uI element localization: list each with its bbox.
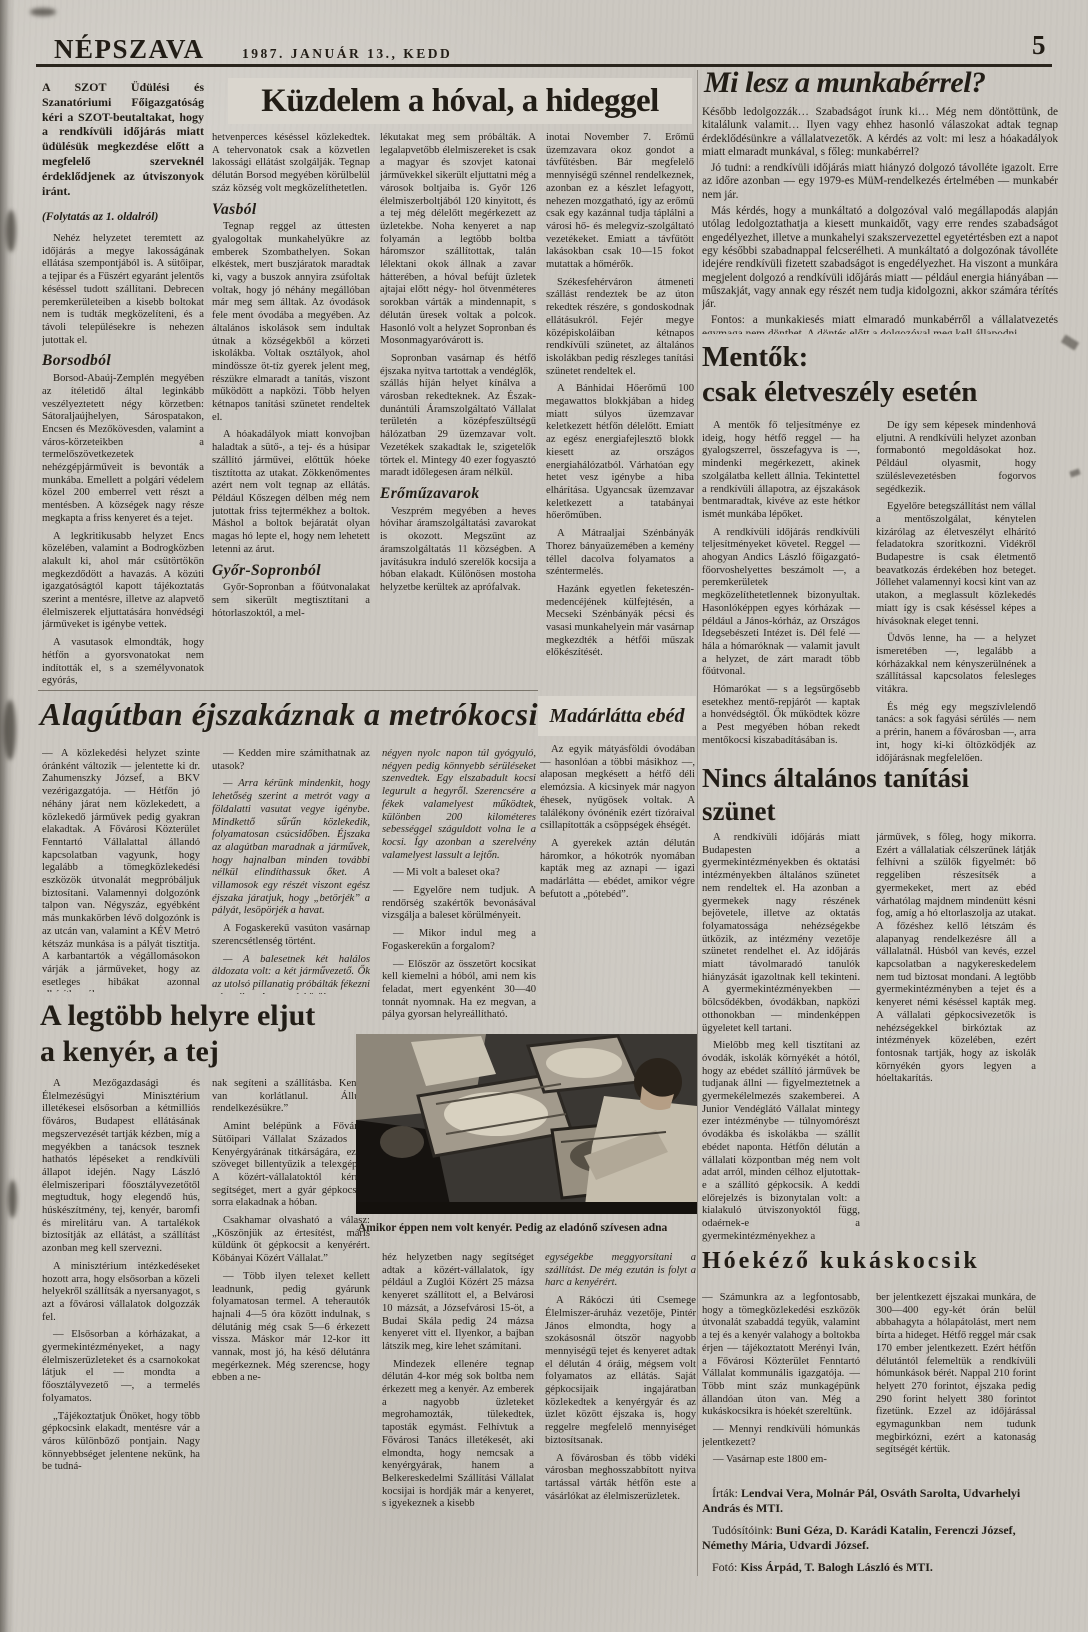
- credits-block: Írták: Lendvai Vera, Molnár Pál, Osváth …: [702, 1486, 1058, 1583]
- body-paragraph: hetvenperces késéssel közlekedtek. A teh…: [212, 132, 370, 196]
- body-paragraph: A hóakadályok miatt konvojban haladtak a…: [212, 429, 370, 556]
- body-paragraph: — Mi volt a baleset oka?: [382, 867, 536, 880]
- body-paragraph: Később ledolgozzák… Szabadságot írunk ki…: [702, 106, 1058, 159]
- body-paragraph: Székesfehérváron átmeneti szállást rende…: [546, 277, 694, 379]
- credits-authors: Írták: Lendvai Vera, Molnár Pál, Osváth …: [702, 1486, 1058, 1515]
- body-paragraph: — A balesetnek két halálos áldozata volt…: [212, 954, 370, 994]
- bread-photo: [356, 1034, 697, 1214]
- credits-authors-label: Írták:: [712, 1486, 738, 1500]
- body-paragraph: Fontos: a munkakiesés miatt elmaradó mun…: [702, 314, 1058, 334]
- body-paragraph: — Kedden mire számíthatnak az utasok?: [212, 748, 370, 773]
- column-folytatas: A SZOT Üdülési és Szanatóriumi Főigazgat…: [42, 80, 204, 692]
- body-paragraph: Amint belépünk a Fővárosi Sütőipari Váll…: [212, 1121, 370, 1210]
- subhead-eromuzavarok: Erőműzavarok: [380, 488, 536, 501]
- body-paragraph: héz helyzetben nagy segítséget adtak a k…: [382, 1252, 534, 1354]
- headline-kuzdelem: Küzdelem a hóval, a hideggel: [228, 78, 692, 124]
- madarlatta-body: Az egyik mátyásföldi óvodában — hasonlóa…: [540, 744, 695, 1030]
- headline-tanitas-line2: szünet: [702, 795, 1058, 828]
- kuzdelem-column-2: hetvenperces késéssel közlekedtek. A teh…: [212, 132, 370, 692]
- body-paragraph: A Bánhidai Hőerőmű 100 megawattos blokkj…: [546, 383, 694, 523]
- body-paragraph: ber jelentkezett éjszakai munkára, de 30…: [876, 1292, 1036, 1457]
- headline-mentok: Mentők: csak életveszély esetén: [702, 340, 1058, 410]
- ink-mark: [1061, 334, 1079, 350]
- body-paragraph: — A közlekedési helyzet szinte óránként …: [42, 748, 200, 992]
- body-paragraph: A Fogaskerekű vasúton vasárnap szerencsé…: [212, 923, 370, 948]
- body-paragraph: A legkritikusabb helyzet Encs közelében,…: [42, 531, 204, 633]
- credits-photo-names: Kiss Árpád, T. Balogh László és MTI.: [740, 1560, 933, 1574]
- scan-smudge: [6, 210, 16, 252]
- headline-mentok-line2: csak életveszély esetén: [702, 375, 1058, 410]
- body-paragraph: És még egy megszívlelendő tanács: a sok …: [876, 702, 1036, 764]
- body-paragraph: A mentők fő teljesítménye ez ideig, hogy…: [702, 420, 860, 522]
- body-paragraph: Egyelőre betegszállítást nem vállal a me…: [876, 501, 1036, 628]
- credits-photo: Fotó: Kiss Árpád, T. Balogh László és MT…: [702, 1560, 1058, 1575]
- headline-kenyer-line1: A legtöbb helyre eljut: [40, 998, 380, 1034]
- headline-kenyer: A legtöbb helyre eljut a kenyér, a tej: [40, 998, 380, 1070]
- hoekezo-column-1: — Számunkra az a legfontosabb, hogy a tö…: [702, 1292, 860, 1472]
- subhead-vasbol: Vasból: [212, 204, 370, 217]
- body-paragraph: Csakhamar olvasható a válasz: „Köszönjük…: [212, 1215, 370, 1266]
- alagut-column-3: négyen nyolc napon túl gyógyuló, négyen …: [382, 748, 536, 1028]
- body-paragraph: „Tájékoztatjuk Önöket, hogy több gépkocs…: [42, 1411, 200, 1475]
- body-paragraph: — Először az összetört kocsikat kell kie…: [382, 959, 536, 1023]
- photo-caption: Amikor éppen nem volt kenyér. Pedig az e…: [358, 1221, 696, 1235]
- body-paragraph: Hómarókat — s a legsürgősebb esetekhez m…: [702, 684, 860, 748]
- body-paragraph: Veszprém megyében a heves hóvihar áramsz…: [380, 506, 536, 595]
- body-paragraph: A rendkívüli időjárás miatt Budapesten a…: [702, 832, 860, 1035]
- body-paragraph: Más kérdés, hogy a munkáltató a dolgozóv…: [702, 205, 1058, 311]
- continued-from-label: (Folytatás az 1. oldalról): [42, 211, 204, 224]
- body-paragraph: A vasutasok elmondták, hogy hétfőn a gyo…: [42, 637, 204, 688]
- szot-notice: A SZOT Üdülési és Szanatóriumi Főigazgat…: [42, 80, 204, 198]
- body-paragraph: A minisztérium intézkedéseket hozott arr…: [42, 1261, 200, 1325]
- kuzdelem-column-4: inotai November 7. Erőmű üzemzavara okoz…: [546, 132, 694, 692]
- body-paragraph: lékutakat meg sem próbálták. A legalapve…: [380, 132, 536, 348]
- section-rule: [38, 690, 538, 691]
- scan-smudge: [8, 1180, 17, 1218]
- kenyer-column-2: nak segíteni a szállításba. Kenyér van k…: [212, 1078, 370, 1604]
- body-paragraph: — Egyelőre nem tudjuk. A rendőrség szaké…: [382, 885, 536, 923]
- mentok-column-1: A mentők fő teljesítménye ez ideig, hogy…: [702, 420, 860, 764]
- kenyer-column-1: A Mezőgazdasági és Élelmezésügyi Miniszt…: [42, 1078, 200, 1604]
- body-paragraph: egységekbe meggyorsítani a szállítást. D…: [545, 1252, 696, 1290]
- tanitas-column-1: A rendkívüli időjárás miatt Budapesten a…: [702, 832, 860, 1250]
- body-paragraph: Jó tudni: a rendkívüli időjárás miatt hi…: [702, 162, 1058, 202]
- body-paragraph: inotai November 7. Erőmű üzemzavara okoz…: [546, 132, 694, 272]
- body-paragraph: Sopronban vasárnap és hétfő éjszaka nyit…: [380, 353, 536, 480]
- body-paragraph: A Mezőgazdasági és Élelmezésügyi Miniszt…: [42, 1078, 200, 1256]
- body-paragraph: — Vasárnap este 1800 em-: [702, 1454, 860, 1467]
- body-paragraph: De így sem képesek mindenhová eljutni. A…: [876, 420, 1036, 496]
- headline-tanitas-line1: Nincs általános tanítási: [702, 762, 1058, 795]
- masthead: NÉPSZAVA: [54, 34, 205, 65]
- body-paragraph: A Rákóczi úti Csemege Élelmiszer-áruház …: [545, 1295, 696, 1447]
- body-paragraph: — Arra kérünk mindenkit, hogy lehetőség …: [212, 778, 370, 918]
- body-paragraph: Üdvös lenne, ha — a helyzet ismeretében …: [876, 633, 1036, 697]
- credits-photo-label: Fotó:: [712, 1560, 737, 1574]
- scan-smudge: [30, 8, 56, 16]
- headline-kenyer-line2: a kenyér, a tej: [40, 1034, 380, 1070]
- headline-hoekezo: Hóekéző kukáskocsik: [702, 1248, 1058, 1275]
- body-paragraph: A rendkívüli időjárás rendkívüli teljesí…: [702, 527, 860, 679]
- credits-correspondents-label: Tudósítóink:: [712, 1523, 773, 1537]
- body-paragraph: járművek, s főleg, hogy mikorra. Ezért a…: [876, 832, 1036, 1086]
- page-number: 5: [1032, 30, 1046, 61]
- body-paragraph: Mielőbb meg kell tisztítani az óvodák, i…: [702, 1040, 860, 1243]
- headline-alagut: Alagútban éjszakáznak a metrókocsik: [40, 696, 600, 733]
- kenyer-column-4: egységekbe meggyorsítani a szállítást. D…: [545, 1252, 696, 1604]
- body-paragraph: négyen nyolc napon túl gyógyuló, négyen …: [382, 748, 536, 862]
- headline-madarlatta: Madárlátta ebéd: [538, 696, 696, 736]
- alagut-column-1: — A közlekedési helyzet szinte óránként …: [42, 748, 200, 992]
- issue-date: 1987. JANUÁR 13., KEDD: [242, 46, 452, 62]
- hoekezo-column-2: ber jelentkezett éjszakai munkára, de 30…: [876, 1292, 1036, 1472]
- body-paragraph: A gyerekek aztán délután háromkor, a hók…: [540, 838, 695, 902]
- alagut-column-2: — Kedden mire számíthatnak az utasok? — …: [212, 748, 370, 994]
- body-paragraph: Hazánk egyetlen feketeszén-medencéjének …: [546, 584, 694, 660]
- headline-tanitas: Nincs általános tanítási szünet: [702, 762, 1058, 828]
- kuzdelem-column-3: lékutakat meg sem próbálták. A legalapve…: [380, 132, 536, 692]
- credits-correspondents: Tudósítóink: Buni Géza, D. Karádi Katali…: [702, 1523, 1058, 1552]
- subhead-gyor-sopronbol: Győr-Sopronból: [212, 565, 370, 578]
- body-paragraph: Az egyik mátyásföldi óvodában — hasonlóa…: [540, 744, 695, 833]
- body-paragraph: — Több ilyen telexet kellett leadnunk, p…: [212, 1271, 370, 1385]
- credits-authors-names: Lendvai Vera, Molnár Pál, Osváth Sarolta…: [702, 1486, 1020, 1515]
- newspaper-page: NÉPSZAVA 1987. JANUÁR 13., KEDD 5 A SZOT…: [0, 0, 1088, 1632]
- scan-smudge: [4, 700, 16, 760]
- body-paragraph: Győr-Sopronban a főútvonalakat sem siker…: [212, 582, 370, 620]
- column-divider: [697, 70, 698, 1576]
- kenyer-column-3: héz helyzetben nagy segítséget adtak a k…: [382, 1252, 534, 1604]
- mentok-column-2: De így sem képesek mindenhová eljutni. A…: [876, 420, 1036, 764]
- body-paragraph: — Mikor indul meg a Fogaskerekűn a forga…: [382, 928, 536, 953]
- ink-mark: [1069, 468, 1080, 477]
- body-paragraph: nak segíteni a szállításba. Kenyér van k…: [212, 1078, 370, 1116]
- headline-munkaber: Mi lesz a munkabérrel?: [704, 66, 1058, 100]
- body-paragraph: Tegnap reggel az úttesten gyalogoltak mu…: [212, 221, 370, 424]
- body-paragraph: Borsod-Abaúj-Zemplén megyében az ítéleti…: [42, 373, 204, 525]
- body-paragraph: A fővárosban és több vidéki városban meg…: [545, 1453, 696, 1504]
- munkaber-body: Később ledolgozzák… Szabadságot írunk ki…: [702, 106, 1058, 334]
- body-paragraph: Nehéz helyzetet teremtett az időjárás a …: [42, 233, 204, 347]
- tanitas-column-2: járművek, s főleg, hogy mikorra. Ezért a…: [876, 832, 1036, 1242]
- body-paragraph: — Mennyi rendkívüli hómunkás jelentkezet…: [702, 1424, 860, 1449]
- body-paragraph: — Számunkra az a legfontosabb, hogy a tö…: [702, 1292, 860, 1419]
- subhead-borsodbol: Borsodból: [42, 355, 204, 368]
- body-paragraph: — Elsősorban a kórházakat, a gyermekinté…: [42, 1329, 200, 1405]
- headline-mentok-line1: Mentők:: [702, 340, 1058, 375]
- body-paragraph: Mindezek ellenére tegnap délután 4-kor m…: [382, 1359, 534, 1511]
- body-paragraph: A Mátraaljai Szénbányák Thorez bányaüzem…: [546, 528, 694, 579]
